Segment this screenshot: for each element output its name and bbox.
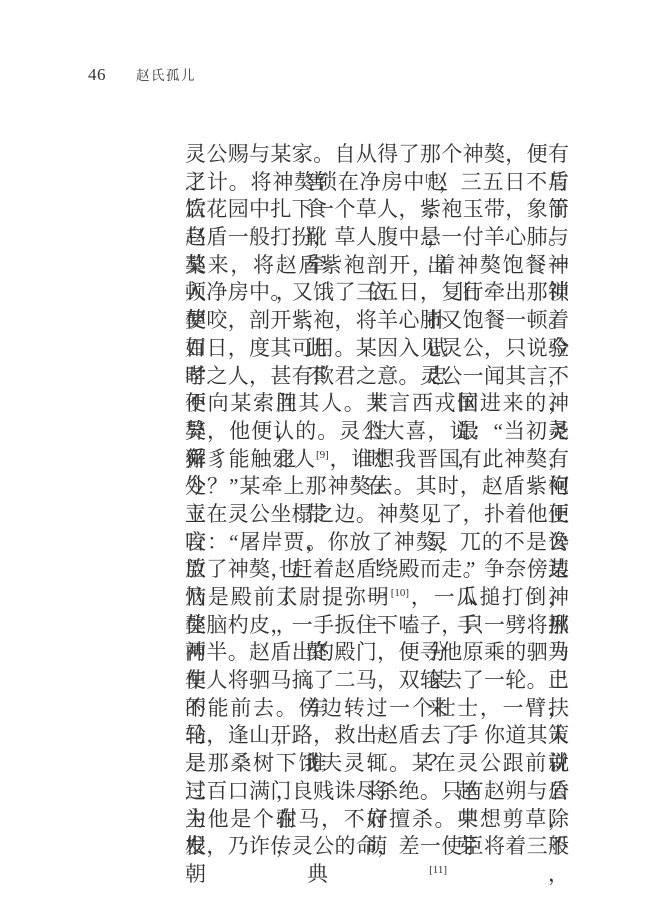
text-line: 发，乃诈传灵公的命，差一使臣将着三般朝典[11]， bbox=[185, 833, 569, 861]
body-text: 灵公赐与某家。自从得了那个神獒，便有了害赵盾之计。将神獒锁在净房中[8]，三五日… bbox=[185, 141, 569, 861]
text-line: 住脑杓皮，一手扳住下嗑子，只一劈将那神獒分为 bbox=[185, 612, 569, 640]
footnote-marker: [8] bbox=[425, 172, 438, 184]
text-line: 入净房中。又饿了三五日，复行牵出那神獒，扑着 bbox=[185, 279, 569, 307]
text-line: 两半。赵盾出的殿门，便寻他原乘的驷马车。某已 bbox=[185, 639, 569, 667]
text-line: 马，逢山开路，救出赵盾去了。你道其人是谁？就 bbox=[185, 722, 569, 750]
page-header: 46 赵氏孤儿 bbox=[88, 64, 196, 85]
text-line: 獬豸能触邪人[9]，谁想我晋国有此神獒，今在何 bbox=[185, 446, 569, 474]
text-line: 灵公赐与某家。自从得了那个神獒，便有了害赵盾 bbox=[185, 141, 569, 169]
text-line: 孝之人，甚有欺君之意。灵公一闻其言，不胜大恼， bbox=[185, 363, 569, 391]
text-line: 后花园中扎下一个草人，紫袍玉带，象简乌靴，与 bbox=[185, 196, 569, 224]
text-line: 使人将驷马摘了二马，双轮去了一轮。上的车来， bbox=[185, 667, 569, 695]
text-line: 三百口满门良贱诛尽杀绝。只有赵朔与公主在府中， bbox=[185, 778, 569, 806]
text-line: 便向某索问其人。某言西戎国进来的神獒，性最灵 bbox=[185, 390, 569, 418]
footnote-marker: [10] bbox=[391, 587, 409, 599]
running-title: 赵氏孤儿 bbox=[136, 64, 196, 84]
text-line: 立在灵公坐榻之边。神獒见了，扑着他便咬。灵公 bbox=[185, 501, 569, 529]
text-line: 百日，度其可用。某因入见灵公，只说今时不忠不 bbox=[185, 335, 569, 363]
text-line: 放了神獒，赶着赵盾绕殿而走。争奈傍边恼了一人， bbox=[185, 556, 569, 584]
page-number: 46 bbox=[88, 65, 106, 85]
text-line: 异，他便认的。灵公大喜，说：“当初尧舜之时，有 bbox=[185, 418, 569, 446]
text-line: 乃是殿前太尉提弥明[10]，一瓜搥打倒神獒，一手揪 bbox=[185, 584, 569, 612]
text-line: 处？”某牵上那神獒去。其时，赵盾紫袍玉带，正 bbox=[185, 473, 569, 501]
text-line: 言：“屠岸贾，你放了神獒，兀的不是谗臣也！”某 bbox=[185, 529, 569, 557]
text-line: 为他是个驸马，不好擅杀。某想剪草除根，萌芽不 bbox=[185, 806, 569, 834]
text-line: 便咬，剖开紫袍，将羊心肺又饱餐一顿。如此试验 bbox=[185, 307, 569, 335]
text-line: 獒来，将赵盾紫袍剖开，着神獒饱餐一顿，依旧锁 bbox=[185, 252, 569, 280]
text-line: 是那桑树下饿夫灵辄。某在灵公跟前说过，将赵盾 bbox=[185, 750, 569, 778]
text-line: 不能前去。傍边转过一个壮士，一臂扶轮，一手策 bbox=[185, 695, 569, 723]
footnote-marker: [9] bbox=[316, 449, 329, 461]
book-page: 46 赵氏孤儿 灵公赐与某家。自从得了那个神獒，便有了害赵盾之计。将神獒锁在净房… bbox=[0, 0, 650, 918]
footnote-marker: [11] bbox=[429, 864, 447, 876]
text-line: 之计。将神獒锁在净房中[8]，三五日不与饮食；于 bbox=[185, 169, 569, 197]
text-line: 赵盾一般打扮，草人腹中悬一付羊心肺。某牵出神 bbox=[185, 224, 569, 252]
